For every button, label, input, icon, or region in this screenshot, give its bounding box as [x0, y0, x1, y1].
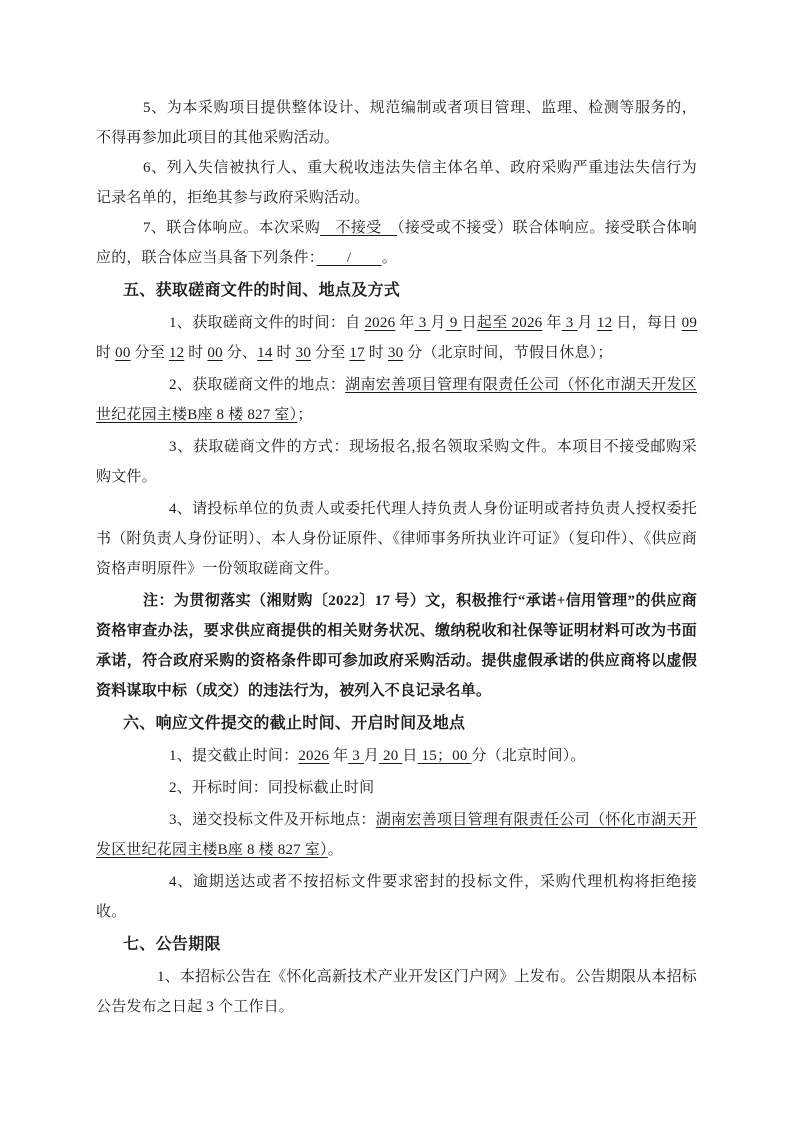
text-run: 日 — [402, 748, 417, 764]
underlined-field: 14 — [257, 345, 272, 361]
clause-6: 6、列入失信被执行人、重大税收违法失信主体名单、政府采购严重违法失信行为记录名单… — [96, 153, 697, 213]
text-run: ； — [297, 407, 312, 423]
text-run: 2、开标时间：同投标截止时间 — [169, 780, 374, 796]
underlined-field: 30 — [296, 345, 311, 361]
text-run: 年 — [395, 315, 414, 331]
text-run: 分至 — [311, 345, 349, 361]
section-7-item-1: 1、本招标公告在《怀化高新技术产业开发区门户网》上发布。公告期限从本招标公告发布… — [96, 962, 697, 1022]
text-run: 2、获取磋商文件的地点： — [169, 377, 345, 393]
underlined-field: 12 — [597, 315, 612, 331]
underlined-field: 2026 — [298, 748, 329, 764]
text-run: 6、列入失信被执行人、重大税收违法失信主体名单、政府采购严重违法失信行为记录名单… — [96, 160, 697, 206]
text-run: 。 — [382, 250, 397, 266]
clause-5: 5、为本采购项目提供整体设计、规范编制或者项目管理、监理、检测等服务的，不得再参… — [96, 93, 697, 153]
underlined-field: 不接受 — [320, 220, 397, 236]
section-7-heading: 七、公告期限 — [96, 929, 697, 960]
text-run: 5、为本采购项目提供整体设计、规范编制或者项目管理、监理、检测等服务的，不得再参… — [96, 100, 697, 146]
underlined-field: 00 — [207, 345, 222, 361]
text-run: 日，每日 — [612, 315, 681, 331]
section-5-item-3: 3、获取磋商文件的方式：现场报名,报名领取采购文件。本项目不接受邮购采购文件。 — [96, 432, 697, 492]
underlined-field: 30 — [388, 345, 403, 361]
text-run: 六、响应文件提交的截止时间、开启时间及地点 — [123, 715, 465, 732]
text-run: 时 — [184, 345, 207, 361]
text-run: 4、请投标单位的负责人或委托代理人持负责人身份证明或者持负责人授权委托书（附负责… — [96, 501, 697, 577]
text-run: 。 — [328, 842, 343, 858]
text-run: 1、提交截止时间： — [169, 748, 298, 764]
text-run: 4、逾期送达或者不按招标文件要求密封的投标文件，采购代理机构将拒绝接收。 — [96, 874, 697, 920]
text-run: 分（北京时间，节假日休息）； — [403, 345, 612, 361]
underlined-field: / — [317, 250, 382, 266]
section-5-item-1: 1、获取磋商文件的时间：自 2026 年 3 月 9 日起至 2026 年 3 … — [96, 308, 697, 368]
section-6-heading: 六、响应文件提交的截止时间、开启时间及地点 — [96, 708, 697, 739]
underlined-field: 3 — [348, 748, 364, 764]
text-run: 月 — [578, 315, 597, 331]
section-6-item-2: 2、开标时间：同投标截止时间 — [96, 773, 697, 803]
section-5-item-2: 2、获取磋商文件的地点：湖南宏善项目管理有限责任公司（怀化市湖天开发区世纪花园主… — [96, 370, 697, 430]
underlined-field: 9 — [446, 315, 462, 331]
underlined-field: 3 — [415, 315, 431, 331]
underlined-field: 17 — [349, 345, 364, 361]
text-run: 年 — [542, 315, 561, 331]
section-6-item-4: 4、逾期送达或者不按招标文件要求密封的投标文件，采购代理机构将拒绝接收。 — [96, 867, 697, 927]
underlined-field: 00 — [115, 345, 130, 361]
text-run: 分至 — [131, 345, 169, 361]
underlined-field: 2026 — [364, 315, 395, 331]
section-6-item-1: 1、提交截止时间：2026 年 3 月 20 日 15；00 分（北京时间）。 — [96, 741, 697, 771]
text-run: 年 — [329, 748, 348, 764]
text-run: 注：为贯彻落实（湘财购〔2022〕17 号）文，积极推行“承诺+信用管理”的供应… — [96, 593, 697, 699]
document-body: 5、为本采购项目提供整体设计、规范编制或者项目管理、监理、检测等服务的，不得再参… — [96, 93, 697, 1022]
text-run: 3、递交投标文件及开标地点： — [169, 812, 376, 828]
underlined-field: 20 — [379, 748, 402, 764]
underlined-field: 12 — [169, 345, 184, 361]
text-run: 日 — [462, 315, 477, 331]
text-run: 月 — [430, 315, 445, 331]
section-5-heading: 五、获取磋商文件的时间、地点及方式 — [96, 275, 697, 306]
note-paragraph: 注：为贯彻落实（湘财购〔2022〕17 号）文，积极推行“承诺+信用管理”的供应… — [96, 586, 697, 706]
text-run: 时 — [365, 345, 388, 361]
section-5-item-4: 4、请投标单位的负责人或委托代理人持负责人身份证明或者持负责人授权委托书（附负责… — [96, 494, 697, 584]
document-page: 5、为本采购项目提供整体设计、规范编制或者项目管理、监理、检测等服务的，不得再参… — [0, 0, 793, 1122]
text-run: 7、联合体响应。本次采购 — [143, 220, 320, 236]
text-run: 月 — [364, 748, 379, 764]
underlined-field: 15；00 — [418, 748, 472, 764]
text-run: 五、获取磋商文件的时间、地点及方式 — [123, 282, 400, 299]
section-6-item-3: 3、递交投标文件及开标地点：湖南宏善项目管理有限责任公司（怀化市湖天开发区世纪花… — [96, 805, 697, 865]
underlined-field: 3 — [562, 315, 578, 331]
clause-7: 7、联合体响应。本次采购 不接受 （接受或不接受）联合体响应。接受联合体响应的，… — [96, 213, 697, 273]
text-run: 3、获取磋商文件的方式：现场报名,报名领取采购文件。本项目不接受邮购采购文件。 — [96, 439, 697, 485]
text-run: 1、本招标公告在《怀化高新技术产业开发区门户网》上发布。公告期限从本招标公告发布… — [96, 969, 697, 1015]
text-run: 1、获取磋商文件的时间：自 — [169, 315, 364, 331]
text-run: 七、公告期限 — [123, 936, 221, 953]
underlined-field: 09 — [682, 315, 697, 331]
text-run: 分、 — [223, 345, 257, 361]
text-run: 时 — [273, 345, 296, 361]
text-run: 分（北京时间）。 — [472, 748, 586, 764]
underlined-field: 起至 2026 — [477, 315, 542, 331]
